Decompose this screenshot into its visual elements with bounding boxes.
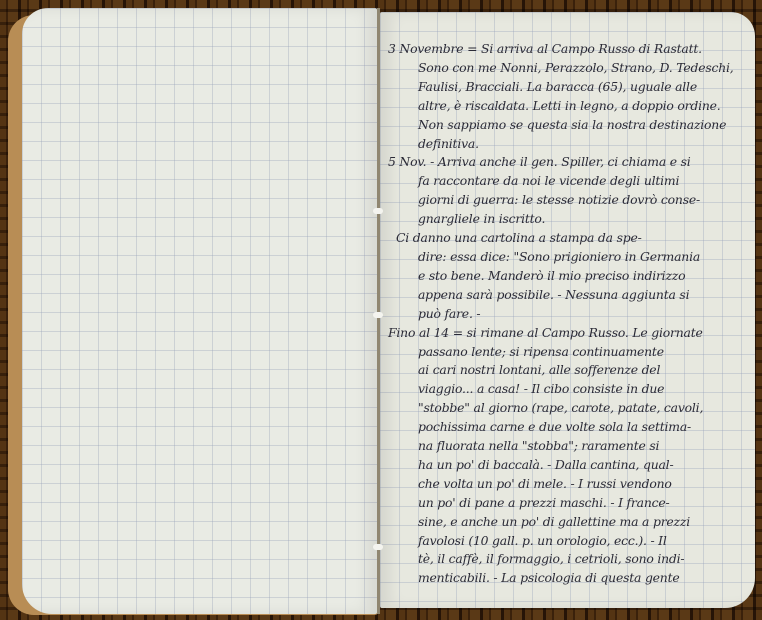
- text-line: che volta un po' di mele. - I russi vend…: [388, 475, 758, 494]
- text-line: viaggio... a casa! - Il cibo consiste in…: [388, 380, 758, 399]
- text-line: Non sappiamo se questa sia la nostra des…: [388, 116, 758, 135]
- text-line: Ci danno una cartolina a stampa da spe-: [388, 229, 758, 248]
- text-line: dire: essa dice: "Sono prigioniero in Ge…: [388, 248, 758, 267]
- text-line: "stobbe" al giorno (rape, carote, patate…: [388, 399, 758, 418]
- text-line: Faulisi, Bracciali. La baracca (65), ugu…: [388, 78, 758, 97]
- binding-stitch: [373, 312, 383, 318]
- binding-stitch: [373, 208, 383, 214]
- text-line: un po' di pane a prezzi maschi. - I fran…: [388, 494, 758, 513]
- text-line: pochissima carne e due volte sola la set…: [388, 418, 758, 437]
- text-line: può fare. -: [388, 305, 758, 324]
- text-line: ha un po' di baccalà. - Dalla cantina, q…: [388, 456, 758, 475]
- text-line: na fluorata nella "stobba"; raramente si: [388, 437, 758, 456]
- text-line: Sono con me Nonni, Perazzolo, Strano, D.…: [388, 59, 758, 78]
- text-line: appena sarà possibile. - Nessuna aggiunt…: [388, 286, 758, 305]
- binding-stitch: [373, 544, 383, 550]
- text-line: sine, e anche un po' di gallettine ma a …: [388, 513, 758, 532]
- text-line: Fino al 14 = si rimane al Campo Russo. L…: [388, 324, 758, 343]
- text-line: fa raccontare da noi le vicende degli ul…: [388, 172, 758, 191]
- handwritten-diary-text: 3 Novembre = Si arriva al Campo Russo di…: [388, 40, 758, 588]
- entry-fino-al-14: Fino al 14 = si rimane al Campo Russo. L…: [388, 324, 758, 589]
- text-line: gnargliele in iscritto.: [388, 210, 758, 229]
- text-line: altre, è riscaldata. Letti in legno, a d…: [388, 97, 758, 116]
- text-line: ai cari nostri lontani, alle sofferenze …: [388, 361, 758, 380]
- text-line: 5 Nov. - Arriva anche il gen. Spiller, c…: [388, 153, 758, 172]
- text-line: giorni di guerra: le stesse notizie dovr…: [388, 191, 758, 210]
- text-line: passano lente; si ripensa continuamente: [388, 343, 758, 362]
- text-line: definitiva.: [388, 135, 758, 154]
- text-line: tè, il caffè, il formaggio, i cetrioli, …: [388, 550, 758, 569]
- text-line: menticabili. - La psicologia di questa g…: [388, 569, 758, 588]
- text-line: e sto bene. Manderò il mio preciso indir…: [388, 267, 758, 286]
- left-page-blank-grid: [22, 8, 377, 614]
- notebook-spine: [377, 8, 380, 614]
- text-line: 3 Novembre = Si arriva al Campo Russo di…: [388, 40, 758, 59]
- text-line: favolosi (10 gall. p. un orologio, ecc.)…: [388, 532, 758, 551]
- entry-3-novembre: 3 Novembre = Si arriva al Campo Russo di…: [388, 40, 758, 153]
- entry-5-nov: 5 Nov. - Arriva anche il gen. Spiller, c…: [388, 153, 758, 323]
